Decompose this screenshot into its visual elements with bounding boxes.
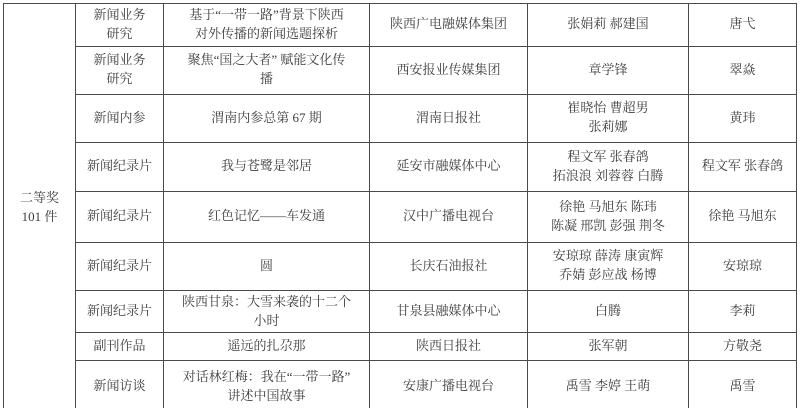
- authors-cell: 徐艳 马旭东 陈玮 陈凝 邢凯 彭强 荆冬: [528, 191, 689, 242]
- table-row: 新闻纪录片 我与苍鹭是邻居 延安市融媒体中心 程文军 张春鸽 拓浪浪 刘蓉蓉 白…: [4, 142, 797, 191]
- table-row: 新闻业务 研究 聚焦“国之大者” 赋能文化传 播 西安报业传媒集团 章学锋 翠焱: [4, 46, 797, 94]
- authors-cell: 章学锋: [528, 46, 689, 94]
- category-cell: 新闻纪录片: [76, 242, 164, 290]
- authors-cell: 张娟莉 郝建国: [528, 4, 689, 47]
- authors-cell: 程文军 张春鸽 拓浪浪 刘蓉蓉 白腾: [528, 142, 689, 191]
- title-cell: 陕西甘泉：大雪来袭的十二个 小时: [164, 290, 370, 333]
- editors-cell: 翠焱: [689, 46, 797, 94]
- authors-cell: 禹雪 李婷 王萌: [528, 361, 689, 408]
- table-row: 二等奖 101 件 新闻业务 研究 基于“一带一路”背景下陕西 对外传播的新闻选…: [4, 4, 797, 47]
- organization-cell: 安康广播电视台: [370, 361, 528, 408]
- authors-cell: 安琼琼 薛涛 康寅辉 乔婧 彭应战 杨博: [528, 242, 689, 290]
- title-cell: 对话林红梅：我在“一带一路” 讲述中国故事: [164, 361, 370, 408]
- organization-cell: 渭南日报社: [370, 94, 528, 142]
- title-cell: 圆: [164, 242, 370, 290]
- editors-cell: 安琼琼: [689, 242, 797, 290]
- awards-table: 二等奖 101 件 新闻业务 研究 基于“一带一路”背景下陕西 对外传播的新闻选…: [3, 3, 797, 408]
- title-cell: 渭南内参总第 67 期: [164, 94, 370, 142]
- award-group-cell: 二等奖 101 件: [4, 4, 76, 408]
- editors-cell: 徐艳 马旭东: [689, 191, 797, 242]
- title-cell: 遥远的扎尕那: [164, 333, 370, 361]
- organization-cell: 陕西日报社: [370, 333, 528, 361]
- editors-cell: 黄玮: [689, 94, 797, 142]
- authors-cell: 崔晓怡 曹超男 张莉娜: [528, 94, 689, 142]
- editors-cell: 李莉: [689, 290, 797, 333]
- document-page: 二等奖 101 件 新闻业务 研究 基于“一带一路”背景下陕西 对外传播的新闻选…: [0, 0, 800, 408]
- title-cell: 我与苍鹭是邻居: [164, 142, 370, 191]
- table-row: 新闻内参 渭南内参总第 67 期 渭南日报社 崔晓怡 曹超男 张莉娜 黄玮: [4, 94, 797, 142]
- category-cell: 新闻业务 研究: [76, 4, 164, 47]
- table-row: 新闻纪录片 圆 长庆石油报社 安琼琼 薛涛 康寅辉 乔婧 彭应战 杨博 安琼琼: [4, 242, 797, 290]
- editors-cell: 禹雪: [689, 361, 797, 408]
- editors-cell: 程文军 张春鸽: [689, 142, 797, 191]
- title-cell: 基于“一带一路”背景下陕西 对外传播的新闻选题探析: [164, 4, 370, 47]
- title-cell: 红色记忆——车发通: [164, 191, 370, 242]
- category-cell: 新闻访谈: [76, 361, 164, 408]
- organization-cell: 汉中广播电视台: [370, 191, 528, 242]
- table-row: 副刊作品 遥远的扎尕那 陕西日报社 张军朝 方敬尧: [4, 333, 797, 361]
- authors-cell: 张军朝: [528, 333, 689, 361]
- table-row: 新闻访谈 对话林红梅：我在“一带一路” 讲述中国故事 安康广播电视台 禹雪 李婷…: [4, 361, 797, 408]
- organization-cell: 延安市融媒体中心: [370, 142, 528, 191]
- category-cell: 新闻纪录片: [76, 290, 164, 333]
- category-cell: 副刊作品: [76, 333, 164, 361]
- category-cell: 新闻业务 研究: [76, 46, 164, 94]
- editors-cell: 方敬尧: [689, 333, 797, 361]
- table-row: 新闻纪录片 陕西甘泉：大雪来袭的十二个 小时 甘泉县融媒体中心 白腾 李莉: [4, 290, 797, 333]
- authors-cell: 白腾: [528, 290, 689, 333]
- organization-cell: 西安报业传媒集团: [370, 46, 528, 94]
- category-cell: 新闻内参: [76, 94, 164, 142]
- category-cell: 新闻纪录片: [76, 191, 164, 242]
- title-cell: 聚焦“国之大者” 赋能文化传 播: [164, 46, 370, 94]
- editors-cell: 唐弋: [689, 4, 797, 47]
- organization-cell: 甘泉县融媒体中心: [370, 290, 528, 333]
- category-cell: 新闻纪录片: [76, 142, 164, 191]
- organization-cell: 长庆石油报社: [370, 242, 528, 290]
- table-row: 新闻纪录片 红色记忆——车发通 汉中广播电视台 徐艳 马旭东 陈玮 陈凝 邢凯 …: [4, 191, 797, 242]
- organization-cell: 陕西广电融媒体集团: [370, 4, 528, 47]
